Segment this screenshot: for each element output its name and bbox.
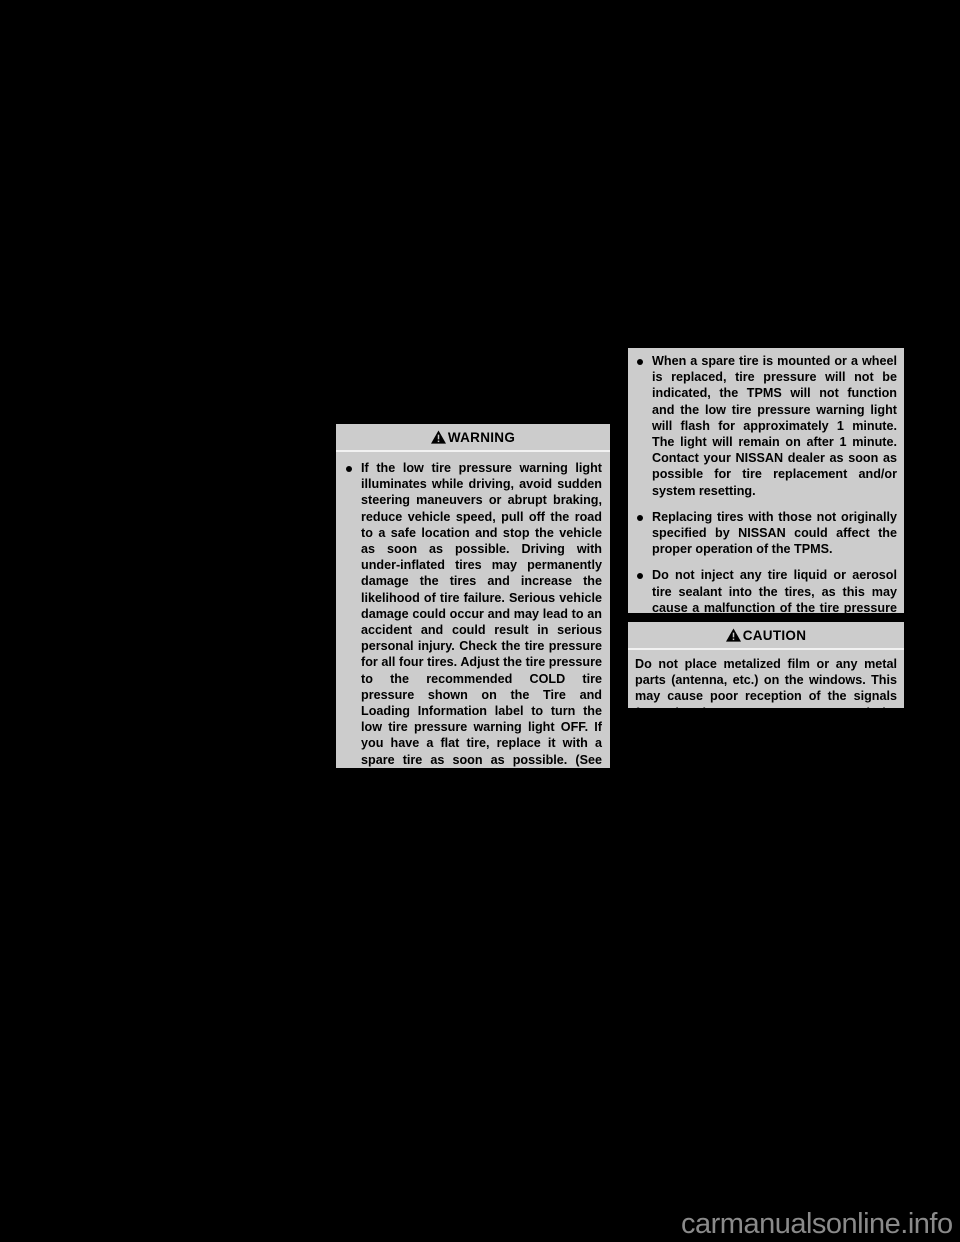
warning-box: WARNING If the low tire pressure warning… xyxy=(336,424,610,768)
warning-bullet: If the low tire pressure warning light i… xyxy=(342,460,602,800)
bullet-icon xyxy=(637,359,643,365)
warning-triangle-icon xyxy=(431,430,446,444)
notes-bullet: Replacing tires with those not originall… xyxy=(633,509,897,558)
warning-triangle-icon xyxy=(726,628,741,642)
warning-header: WARNING xyxy=(336,424,610,452)
bullet-icon xyxy=(637,515,643,521)
caution-header: CAUTION xyxy=(628,622,904,650)
notes-bullet: When a spare tire is mounted or a wheel … xyxy=(633,353,897,499)
caution-box: CAUTION Do not place metalized film or a… xyxy=(628,622,904,708)
caution-title: CAUTION xyxy=(743,628,807,643)
caution-text: Do not place metalized film or any metal… xyxy=(628,650,904,737)
notes-box: When a spare tire is mounted or a wheel … xyxy=(628,348,904,613)
warning-title: WARNING xyxy=(448,430,515,445)
bullet-icon xyxy=(637,573,643,579)
watermark: carmanualsonline.info xyxy=(681,1208,953,1241)
bullet-icon xyxy=(346,466,352,472)
